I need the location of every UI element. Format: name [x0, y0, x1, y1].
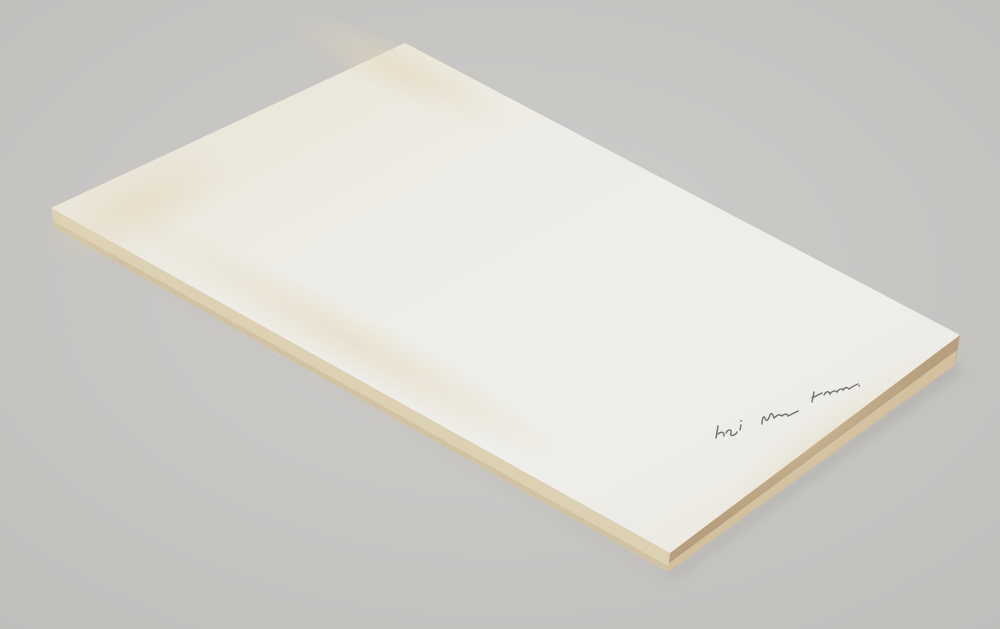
booklet-illustration: [0, 0, 1000, 629]
photo-scene: Photograph of a plain cream-colored pape…: [0, 0, 1000, 629]
